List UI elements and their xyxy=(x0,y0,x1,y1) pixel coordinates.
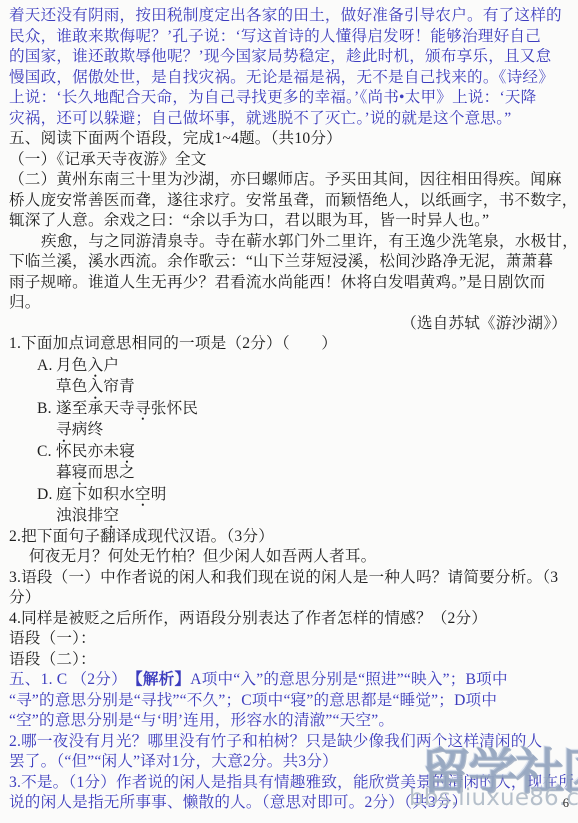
passage2-line: 归。 xyxy=(9,293,571,314)
option-text: 浊浪排 xyxy=(56,507,103,524)
passage2-line: 桥人庞安常善医而聋，遂往求疗。安常虽聋，而颖悟绝人，以纸画字，书不数字， xyxy=(9,191,571,212)
option-line-c1: C.怀民亦未寝 xyxy=(9,441,571,463)
dotted-char: 空 xyxy=(103,505,119,527)
dotted-char: 寝 xyxy=(72,462,88,484)
option-line-c2: 暮寝而思之 xyxy=(9,462,571,484)
passage2-line: 疾愈，与之同游清泉寺。寺在蕲水郭门外二里许，有王逸少洗笔泉，水极甘， xyxy=(9,232,571,253)
translation-line: 着天还没有阴雨，按田税制度定出各家的田土，做好准备引导农户。有了这样的 xyxy=(9,6,571,27)
analysis-tag: 【解析】 xyxy=(135,671,190,688)
option-text: 病终 xyxy=(72,421,104,438)
option-text: 暮 xyxy=(56,464,72,481)
option-label: D. xyxy=(37,484,56,506)
answer-text: A项中“入”的意思分别是“照进”“映入”；B项中 xyxy=(190,671,508,688)
option-text: 帘青 xyxy=(103,378,135,395)
passage2-line: 辄深了人意。余戏之曰：“余以手为口，君以眼为耳，皆一时异人也。” xyxy=(9,211,571,232)
translation-line: 灾祸，还可以躲避；自己做坏事，就逃脱不了灭亡。’说的就是这个意思。” xyxy=(9,109,571,130)
option-text: 张怀民 xyxy=(151,400,198,417)
option-text: 庭下如积水 xyxy=(56,486,135,503)
option-text: 户 xyxy=(103,357,119,374)
page-body: 着天还没有阴雨，按田税制度定出各家的田土，做好准备引导农户。有了这样的 民众，谁… xyxy=(0,0,578,814)
dotted-char: 入 xyxy=(88,355,104,377)
passage1-title: （一）《记承天寺夜游》全文 xyxy=(9,150,571,171)
translation-line: 慢国政，倨傲处世，是自找灾祸。无论是福是祸，无不是自己找来的。《诗经》 xyxy=(9,68,571,89)
passage2-line: 雨子规啼。谁道人生无再少？君看流水尚能西！休将白发唱黄鸡。”是日剧饮而 xyxy=(9,273,571,294)
option-text: 月色 xyxy=(56,357,88,374)
dotted-char: 寻 xyxy=(56,419,72,441)
option-text: 草色 xyxy=(56,378,88,395)
passage2-line: 下临兰溪，溪水西流。余作歌云：“山下兰芽短浸溪，松间沙路净无泥，萧萧暮 xyxy=(9,252,571,273)
section5-heading: 五、阅读下面两个语段，完成1~4题。（共10分） xyxy=(9,129,571,150)
option-line-b2: 寻病终 xyxy=(9,419,571,441)
question2-sentence: 何夜无月？何处无竹柏？但少闲人如吾两人者耳。 xyxy=(9,547,571,568)
answer-blank-2: 语段（二）： xyxy=(9,650,571,671)
dotted-char: 寻 xyxy=(135,398,151,420)
passage-source: （选自苏轼《游沙湖》） xyxy=(9,314,571,335)
question2-stem: 2.把下面句子翻译成现代汉语。（3分） xyxy=(9,527,571,548)
question3-stem-line2: 分） xyxy=(9,588,571,609)
passage2-line: （二）黄州东南三十里为沙湖，亦曰螺师店。予买田其间，因往相田得疾。闻麻 xyxy=(9,170,571,191)
question3-stem-line1: 3.语段（一）中作者说的闲人和我们现在说的闲人是一种人吗？请简要分析。（3 xyxy=(9,568,571,589)
answer-blank-1: 语段（一）： xyxy=(9,629,571,650)
question4-stem: 4.同样是被贬之后所作，两语段分别表达了作者怎样的情感？（2分） xyxy=(9,609,571,630)
option-line-d2: 浊浪排空 xyxy=(9,505,571,527)
exam-page: { "translation": { "lines": [ "着天还没有阴雨，按… xyxy=(0,0,578,823)
page-number: 6 xyxy=(563,796,569,811)
translation-line: 的国家，谁还敢欺辱他呢？’现今国家局势稳定，趁此时机，颁布享乐，且又怠 xyxy=(9,47,571,68)
dotted-char: 寝 xyxy=(119,441,135,463)
option-label: C. xyxy=(37,441,56,463)
option-line-d1: D.庭下如积水空明 xyxy=(9,484,571,506)
dotted-char: 入 xyxy=(88,376,104,398)
option-text: 明 xyxy=(151,486,167,503)
option-label: B. xyxy=(37,398,56,420)
translation-line: 上说：‘长久地配合天命，为自己寻找更多的幸福。’《尚书•太甲》上说：‘天降 xyxy=(9,88,571,109)
dotted-char: 空 xyxy=(135,484,151,506)
answer-key-line-2: “寻”的意思分别是“寻找”“不久”；C项中“寝”的意思都是“睡觉”；D项中 xyxy=(9,691,571,712)
answer-text: 五、1. C （2分） xyxy=(9,671,135,688)
answer-key-line-3: “空”的意思分别是“与‘明’连用，形容水的清澈”“天空”。 xyxy=(9,711,571,732)
translation-line: 民众，谁敢来欺侮呢？’孔子说：‘写这首诗的人懂得启发呀！能够治理好自己 xyxy=(9,27,571,48)
answer-key-line-1: 五、1. C （2分） 【解析】A项中“入”的意思分别是“照进”“映入”；B项中 xyxy=(9,670,571,691)
question1-stem: 1.下面加点词意思相同的一项是（2分）（ ） xyxy=(9,334,571,355)
option-line-a1: A.月色入户 xyxy=(9,355,571,377)
watermark-url: bbs.liuxue86.com xyxy=(409,785,578,811)
option-label: A. xyxy=(37,355,56,377)
option-line-a2: 草色入帘青 xyxy=(9,376,571,398)
